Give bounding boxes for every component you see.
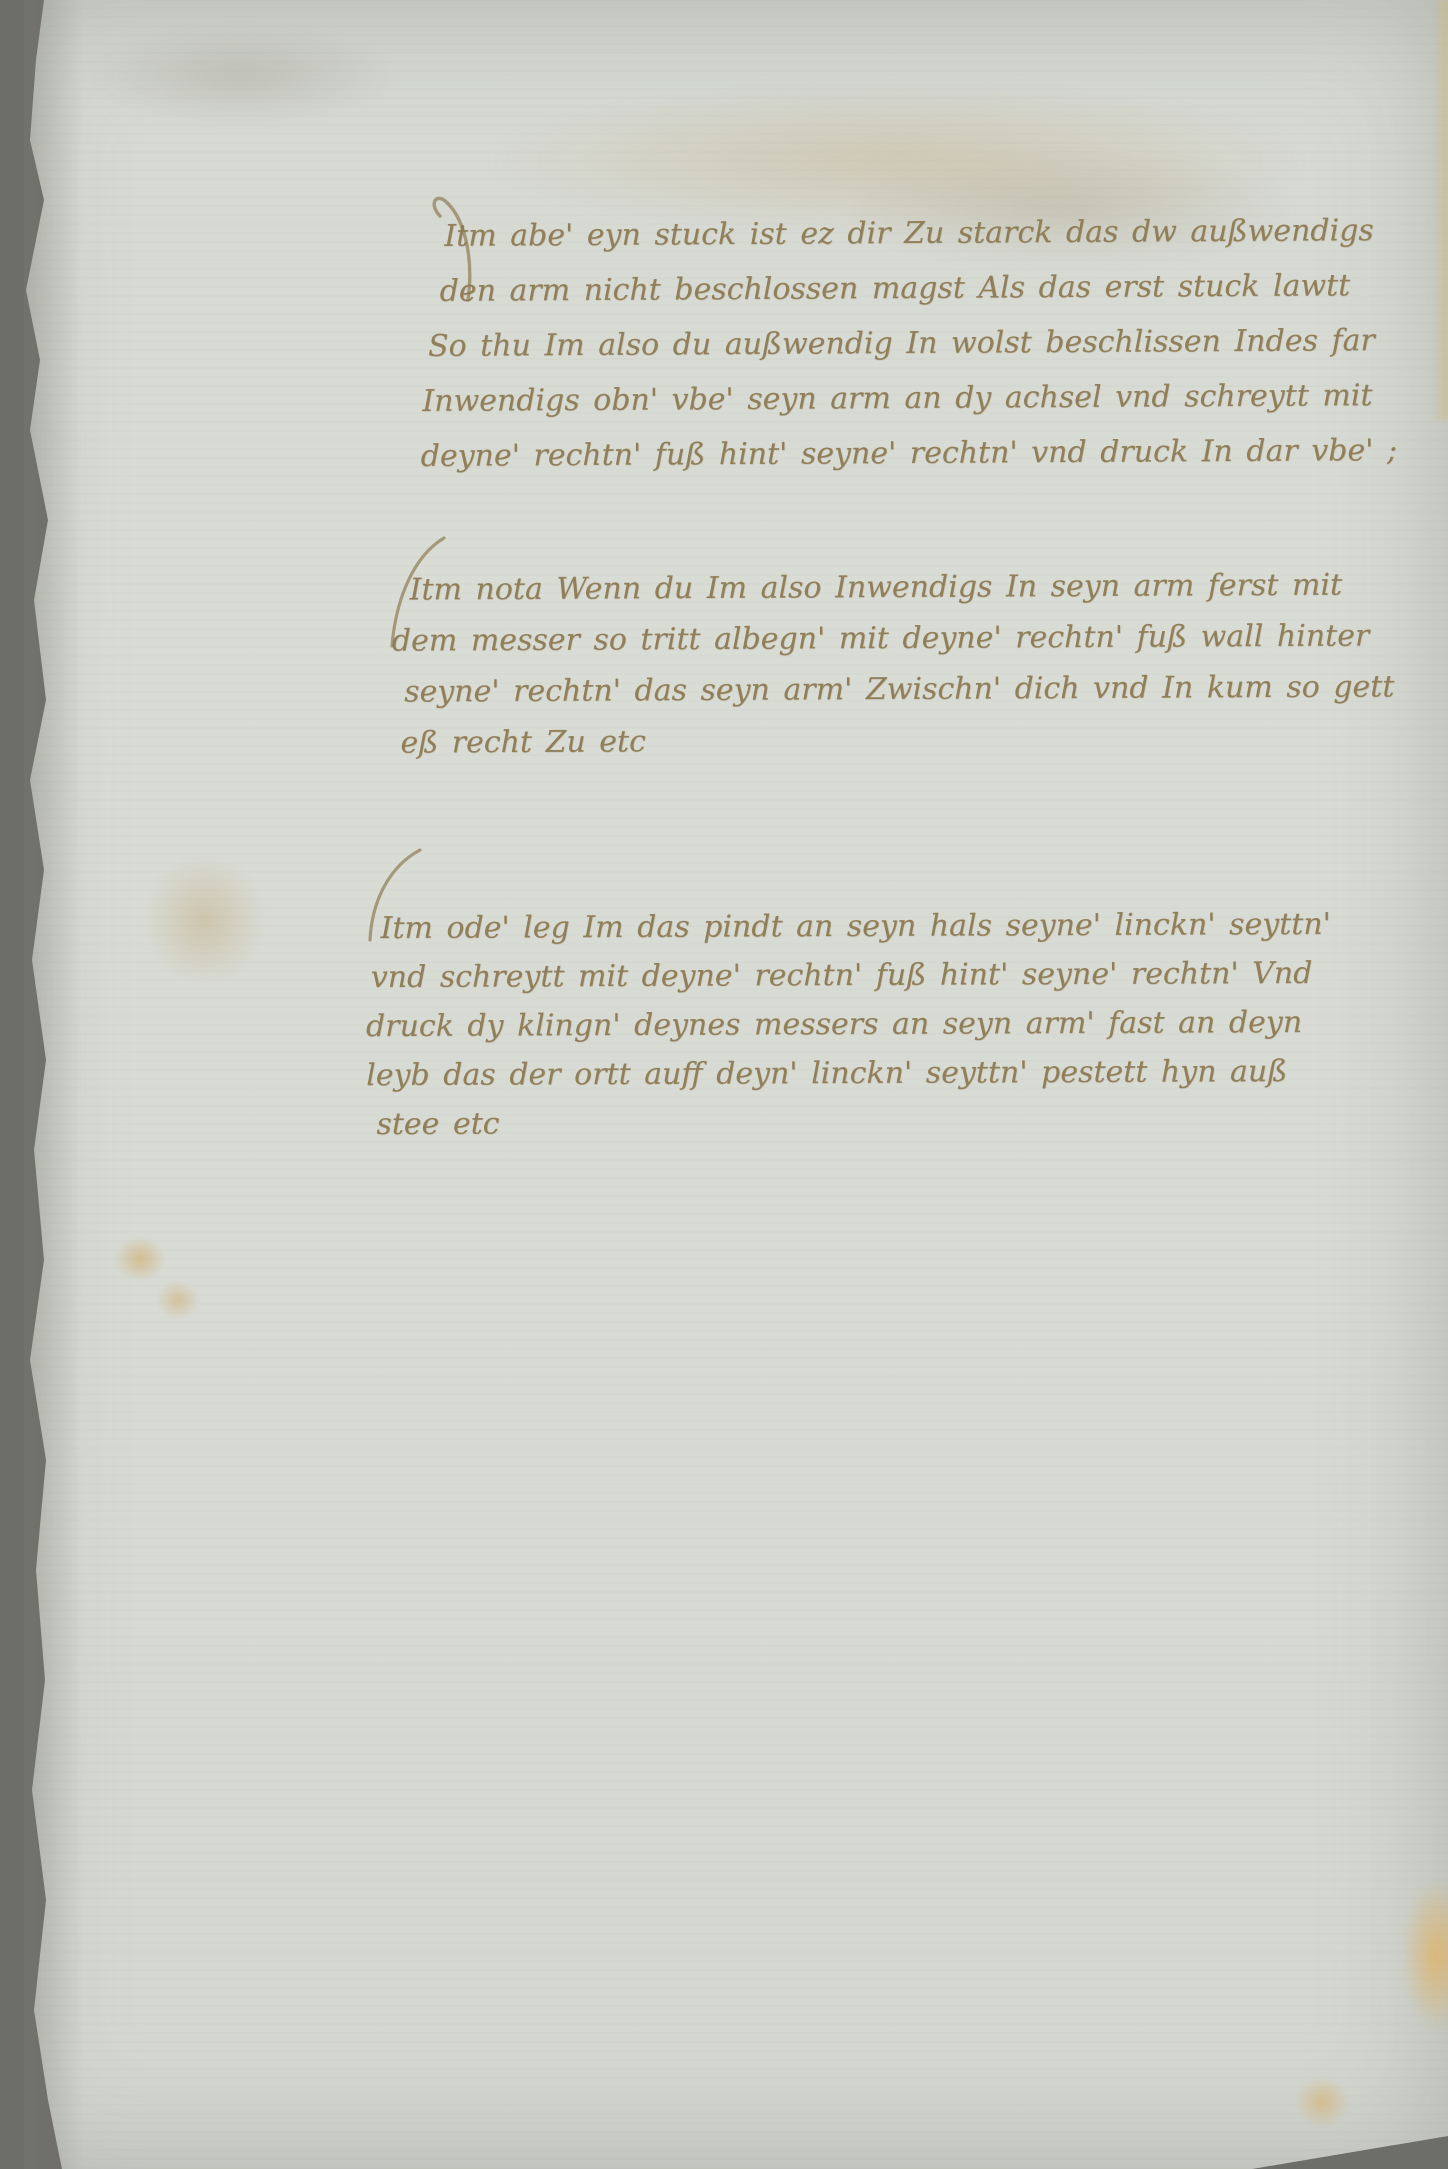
paragraph-1: Itm abe' eyn stuck ist ez dir Zu starck … xyxy=(419,203,1397,484)
manuscript-line: Itm nota Wenn du Im also Inwendigs In se… xyxy=(409,559,1393,615)
manuscript-line: vnd schreytt mit deyne' rechtn' fuß hint… xyxy=(371,949,1332,1002)
manuscript-line: seyne' rechtn' das seyn arm' Zwischn' di… xyxy=(404,661,1394,717)
manuscript-line: So thu Im also du außwendig In wolst bes… xyxy=(428,313,1397,374)
manuscript-line: druck dy klingn' deynes messers an seyn … xyxy=(366,998,1332,1051)
manuscript-line: leyb das der ortt auff deyn' linckn' sey… xyxy=(366,1047,1332,1100)
paragraph-3: Itm ode' leg Im das pindt an seyn hals s… xyxy=(365,900,1331,1149)
manuscript-line: Itm abe' eyn stuck ist ez dir Zu starck … xyxy=(444,203,1396,264)
manuscript-line: den arm nicht beschlossen magst Als das … xyxy=(440,258,1397,319)
manuscript-line: Inwendigs obn' vbe' seyn arm an dy achse… xyxy=(422,368,1397,429)
manuscript-line: deyne' rechtn' fuß hint' seyne' rechtn' … xyxy=(421,423,1398,484)
manuscript-line: eß recht Zu etc xyxy=(400,712,1394,768)
manuscript-line: Itm ode' leg Im das pindt an seyn hals s… xyxy=(380,900,1331,953)
manuscript-line: dem messer so tritt albegn' mit deyne' r… xyxy=(392,610,1394,666)
manuscript-line: stee etc xyxy=(376,1096,1332,1149)
paragraph-2: Itm nota Wenn du Im also Inwendigs In se… xyxy=(391,559,1394,768)
manuscript-scan: Itm abe' eyn stuck ist ez dir Zu starck … xyxy=(0,0,1448,2169)
